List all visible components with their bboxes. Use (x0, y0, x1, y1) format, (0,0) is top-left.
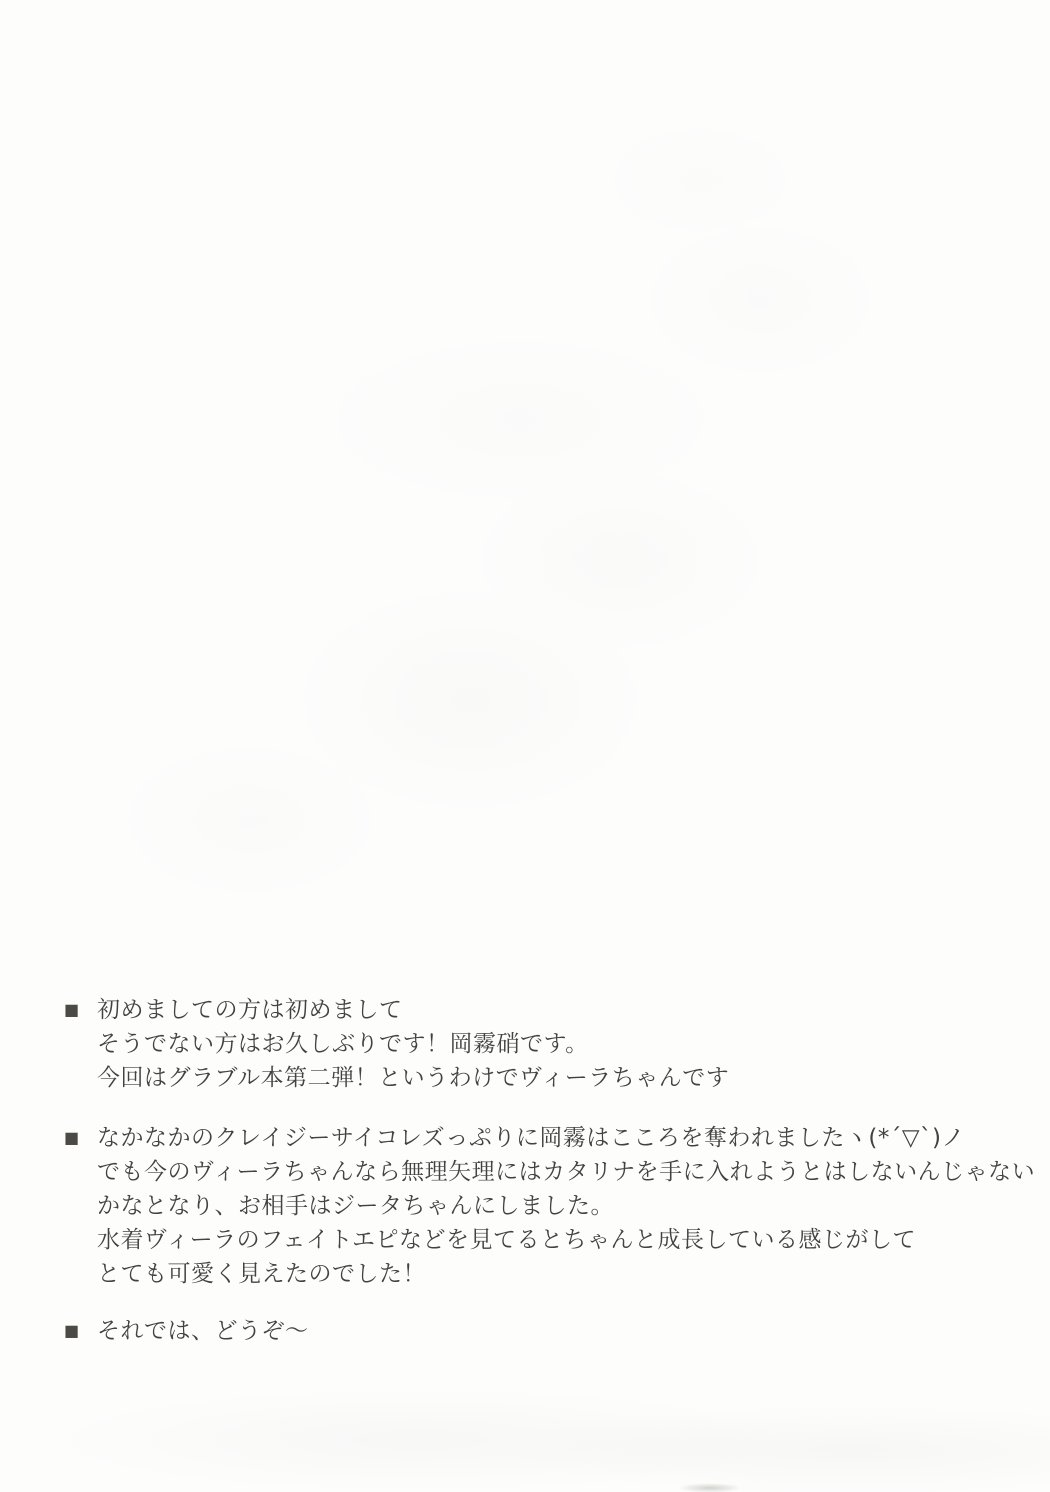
text-line: でも今のヴィーラちゃんなら無理矢理にはカタリナを手に入れようとはしないんじゃない (97, 1155, 1050, 1189)
block-lines: 初めましての方は初めまして そうでない方はお久しぶりです！岡霧硝です。 今回はグ… (0, 993, 1050, 1095)
bullet-square-icon: ■ (64, 1314, 98, 1348)
block-lines: なかなかのクレイジーサイコレズっぷりに岡霧はこころを奪われましたヽ(*´▽`)ノ… (0, 1121, 1050, 1291)
afterword-block-greeting: ■ 初めましての方は初めまして そうでない方はお久しぶりです！岡霧硝です。 今回… (0, 993, 1050, 1095)
text-line: かなとなり、お相手はジータちゃんにしました。 (97, 1189, 1050, 1223)
text-line: 初めましての方は初めまして (97, 993, 1050, 1027)
text-line: なかなかのクレイジーサイコレズっぷりに岡霧はこころを奪われましたヽ(*´▽`)ノ (97, 1121, 1050, 1155)
bullet-square-icon: ■ (64, 993, 98, 1027)
scanned-page: ■ 初めましての方は初めまして そうでない方はお久しぶりです！岡霧硝です。 今回… (0, 0, 1050, 1492)
afterword-block-commentary: ■ なかなかのクレイジーサイコレズっぷりに岡霧はこころを奪われましたヽ(*´▽`… (0, 1121, 1050, 1291)
text-line: 今回はグラブル本第二弾！というわけでヴィーラちゃんです (97, 1061, 1050, 1095)
text-line: それでは、どうぞ～ (97, 1314, 1050, 1348)
block-lines: それでは、どうぞ～ (0, 1314, 1050, 1348)
text-line: とても可愛く見えたのでした！ (97, 1257, 1050, 1291)
text-line: そうでない方はお久しぶりです！岡霧硝です。 (97, 1027, 1050, 1061)
afterword-block-closing: ■ それでは、どうぞ～ (0, 1314, 1050, 1348)
text-line: 水着ヴィーラのフェイトエピなどを見てるとちゃんと成長している感じがして (97, 1223, 1050, 1257)
bullet-square-icon: ■ (64, 1121, 98, 1155)
